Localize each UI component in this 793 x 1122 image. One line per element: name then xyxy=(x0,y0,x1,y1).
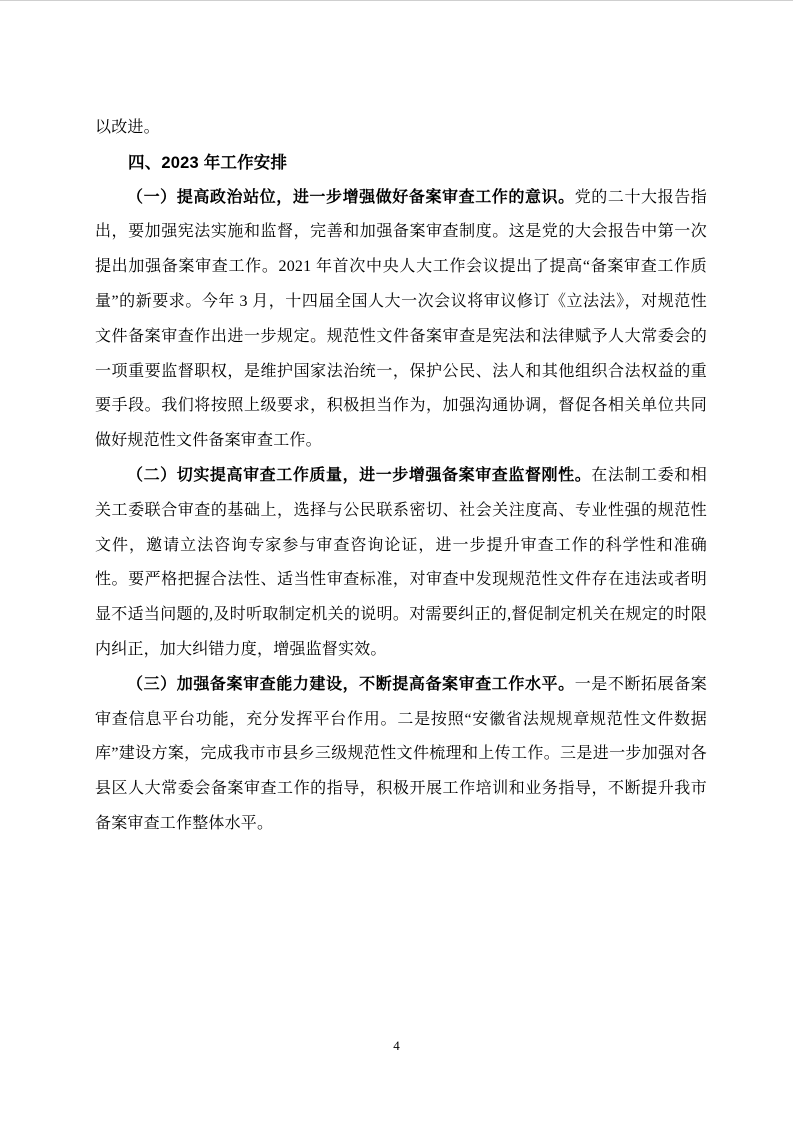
paragraph-3: （三）加强备案审查能力建设，不断提高备案审查工作水平。一是不断拓展备案审查信息平… xyxy=(95,668,707,842)
paragraph-2-lead: （二）切实提高审查工作质量，进一步增强备案审查监督刚性。 xyxy=(127,467,591,484)
paragraph-3-body: 一是不断拓展备案审查信息平台功能，充分发挥平台作用。二是按照“安徽省法规规章规范… xyxy=(95,676,707,832)
continuation-text: 以改进。 xyxy=(95,111,707,146)
section-heading: 四、2023 年工作安排 xyxy=(95,146,707,181)
paragraph-1-body: 党的二十大报告指出，要加强宪法实施和监督，完善和加强备案审查制度。这是党的大会报… xyxy=(95,189,707,450)
page-number: 4 xyxy=(0,1037,793,1055)
page-content: 以改进。 四、2023 年工作安排 （一）提高政治站位，进一步增强做好备案审查工… xyxy=(95,111,707,842)
paragraph-1: （一）提高政治站位，进一步增强做好备案审查工作的意识。党的二十大报告指出，要加强… xyxy=(95,181,707,459)
paragraph-2: （二）切实提高审查工作质量，进一步增强备案审查监督刚性。在法制工委和相关工委联合… xyxy=(95,459,707,668)
paragraph-2-body: 在法制工委和相关工委联合审查的基础上，选择与公民联系密切、社会关注度高、专业性强… xyxy=(95,467,707,658)
paragraph-3-lead: （三）加强备案审查能力建设，不断提高备案审查工作水平。 xyxy=(127,676,575,693)
document-page: 以改进。 四、2023 年工作安排 （一）提高政治站位，进一步增强做好备案审查工… xyxy=(0,0,793,1122)
paragraph-1-lead: （一）提高政治站位，进一步增强做好备案审查工作的意识。 xyxy=(127,189,575,206)
